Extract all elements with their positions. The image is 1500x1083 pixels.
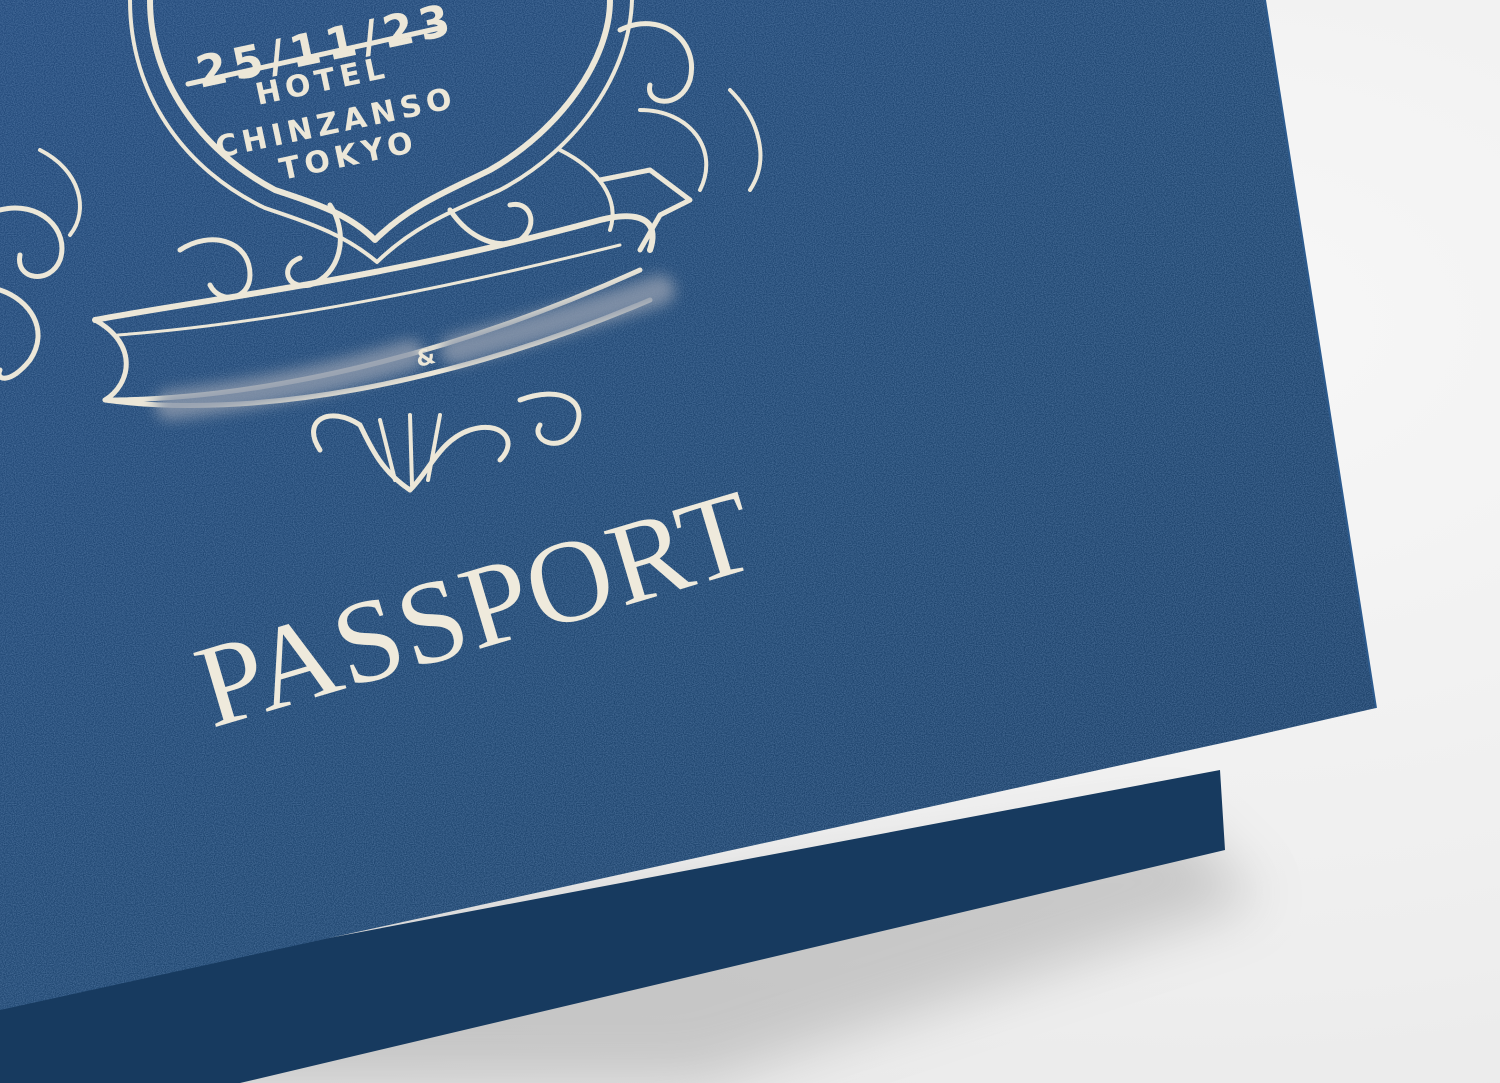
photo-scene: 25/11/23 HOTEL CHINZANSO TOKYO & PASSPOR… [0, 0, 1500, 1083]
